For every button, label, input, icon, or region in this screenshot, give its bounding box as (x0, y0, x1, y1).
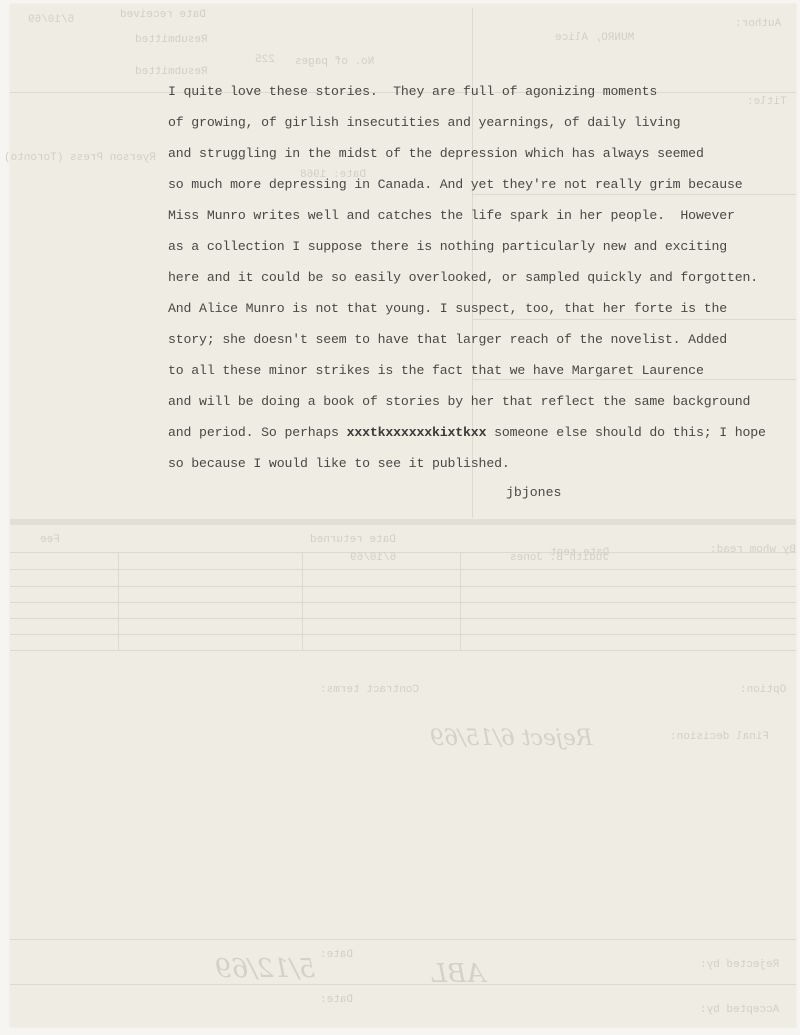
memo-text: and period. So perhaps (168, 425, 347, 440)
show-through-label: 225 (255, 54, 275, 66)
show-through-date: 6/10/69 (28, 14, 74, 26)
show-through-table-col (460, 552, 461, 650)
signature: jbjones (506, 485, 561, 500)
memo-line-with-strikeout: and period. So perhaps xxxtkxxxxxxkixtkx… (168, 422, 768, 453)
show-through-table-rule (10, 634, 796, 635)
memo-line: Miss Munro writes well and catches the l… (168, 205, 768, 236)
show-through-label: Date received (120, 9, 206, 21)
show-through-label: Author: (735, 18, 781, 30)
show-through-band (10, 519, 796, 525)
show-through-label: Date returned (310, 534, 396, 546)
show-through-label: No. of pages (295, 56, 374, 68)
memo-line: here and it could be so easily overlooke… (168, 267, 768, 298)
memo-line: story; she doesn't seem to have that lar… (168, 329, 768, 360)
show-through-table-rule (10, 618, 796, 619)
memo-body: I quite love these stories. They are ful… (168, 81, 768, 484)
memo-line: I quite love these stories. They are ful… (168, 81, 768, 112)
show-through-table-rule (10, 569, 796, 570)
show-through-table-rule (10, 602, 796, 603)
show-through-label: Resubmitted (135, 34, 208, 46)
show-through-table-rule (10, 552, 796, 553)
memo-line: so because I would like to see it publis… (168, 453, 768, 484)
show-through-label: Rejected by: (700, 959, 779, 971)
show-through-label: Ryerson Press (Toronto) (4, 152, 156, 164)
show-through-label: Option: (740, 684, 786, 696)
show-through-label: Final decision: (670, 731, 769, 743)
memo-line: and will be doing a book of stories by h… (168, 391, 768, 422)
memo-line: And Alice Munro is not that young. I sus… (168, 298, 768, 329)
show-through-rule (10, 984, 796, 985)
show-through-label: 6/10/69 (350, 552, 396, 564)
show-through-table-rule (10, 650, 796, 651)
memo-line: so much more depressing in Canada. And y… (168, 174, 768, 205)
show-through-label: Fee (40, 534, 60, 546)
show-through-label: MUNRO, Alice (555, 32, 634, 44)
show-through-table-col (118, 552, 119, 650)
show-through-handwriting: Reject 6/15/69 (430, 726, 592, 751)
show-through-table-col (302, 552, 303, 650)
show-through-handwriting: 5/12/69 (215, 954, 315, 984)
show-through-label: Judith B. Jones (510, 552, 609, 564)
memo-text: someone else should do this; I hope (486, 425, 766, 440)
memo-line: of growing, of girlish insecutities and … (168, 112, 768, 143)
show-through-table-rule (10, 586, 796, 587)
document-page: 6/10/69 Date received Resubmitted Resubm… (10, 4, 796, 1027)
show-through-label: Resubmitted (135, 66, 208, 78)
show-through-rule (10, 939, 796, 940)
show-through-label: Contract terms: (320, 684, 419, 696)
show-through-label: Accepted by: (700, 1004, 779, 1016)
show-through-label: Date: (320, 949, 353, 961)
memo-line: as a collection I suppose there is nothi… (168, 236, 768, 267)
memo-line: to all these minor strikes is the fact t… (168, 360, 768, 391)
show-through-label: By whom read: (710, 544, 796, 556)
memo-line: and struggling in the midst of the depre… (168, 143, 768, 174)
show-through-label: Date: (320, 994, 353, 1006)
show-through-handwriting: ABL (430, 959, 485, 989)
struck-out-text: xxxtkxxxxxxkixtkxx (347, 425, 487, 440)
